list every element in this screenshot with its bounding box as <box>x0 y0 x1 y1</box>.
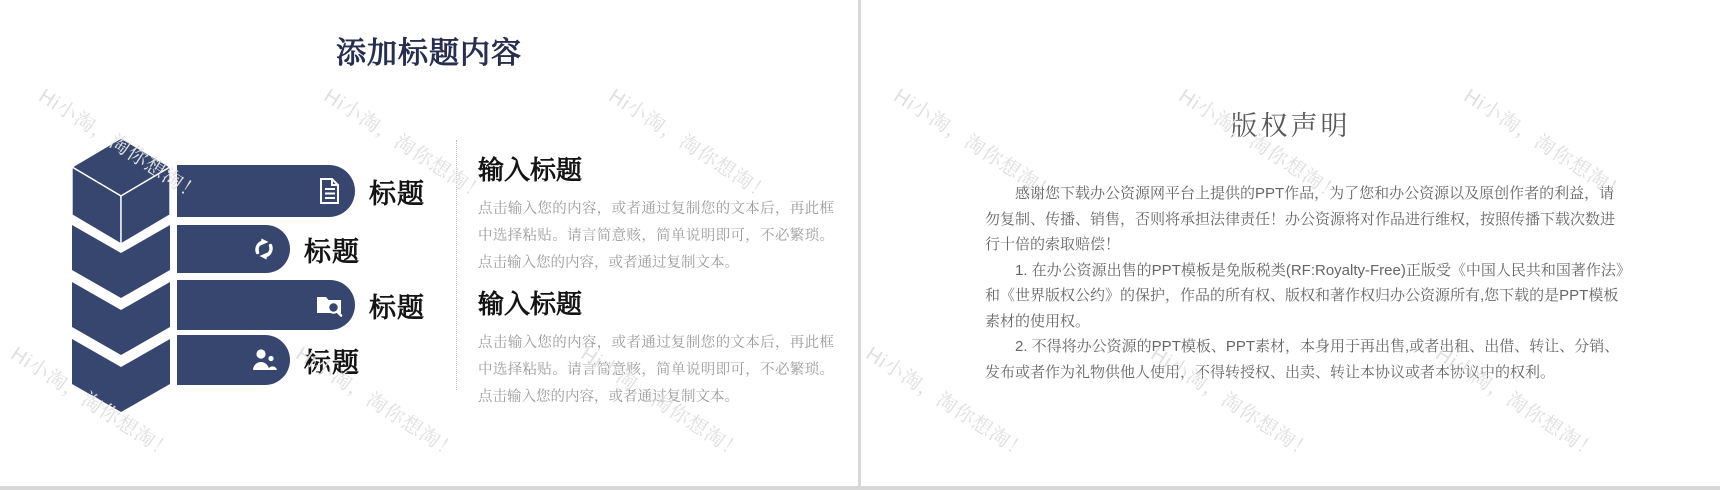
folder-search-icon <box>314 290 344 320</box>
copyright-text: 感谢您下载办公资源网平台上提供的PPT作品，为了您和办公资源以及原创作者的利益，… <box>985 181 1627 385</box>
document-icon <box>314 176 344 206</box>
diagram-bar-row-3: 标题 <box>177 280 425 330</box>
diagram-bar-4[interactable] <box>177 335 290 385</box>
copyright-paragraph-3: 2. 不得将办公资源的PPT模板、PPT素材，本身用于再出售,或者出租、出借、转… <box>985 334 1627 385</box>
copyright-paragraph-1: 感谢您下载办公资源网平台上提供的PPT作品，为了您和办公资源以及原创作者的利益，… <box>985 181 1627 258</box>
text-block-1: 输入标题 点击输入您的内容，或者通过复制您的文本后，再此框中选择粘贴。请言简意赅… <box>478 150 834 277</box>
copyright-paragraph-2: 1. 在办公资源出售的PPT模板是免版税类(RF:Royalty-Free)正版… <box>985 258 1627 335</box>
right-slide-title: 版权声明 <box>861 104 1720 143</box>
text-block-2: 输入标题 点击输入您的内容，或者通过复制您的文本后，再此框中选择粘贴。请言简意赅… <box>478 284 834 411</box>
text-block-body: 点击输入您的内容，或者通过复制您的文本后，再此框中选择粘贴。请言简意赅，简单说明… <box>478 330 834 411</box>
diagram-bar-3[interactable] <box>177 280 355 330</box>
text-block-heading: 输入标题 <box>478 150 834 187</box>
diagram-bar-1[interactable] <box>177 165 355 217</box>
sync-icon <box>249 234 279 264</box>
users-icon <box>249 345 279 375</box>
text-block-heading: 输入标题 <box>478 284 834 321</box>
bar-label: 标题 <box>304 230 360 269</box>
bar-label: 标题 <box>304 341 360 380</box>
slide-page-left[interactable]: 添加标题内容 <box>0 0 858 486</box>
diagram-bar-row-4: 标题 <box>177 335 360 385</box>
dotted-divider <box>456 140 457 390</box>
diagram-bar-row-1: 标题 <box>177 165 425 217</box>
slide-page-right[interactable]: 版权声明 感谢您下载办公资源网平台上提供的PPT作品，为了您和办公资源以及原创作… <box>861 0 1720 486</box>
text-block-body: 点击输入您的内容，或者通过复制您的文本后，再此框中选择粘贴。请言简意赅，简单说明… <box>478 196 834 277</box>
bar-label: 标题 <box>369 172 425 211</box>
diagram-bar-row-2: 标题 <box>177 225 360 273</box>
diagram-bar-2[interactable] <box>177 225 290 273</box>
slides-preview-stage: 添加标题内容 <box>0 0 1720 490</box>
bar-label: 标题 <box>369 286 425 325</box>
